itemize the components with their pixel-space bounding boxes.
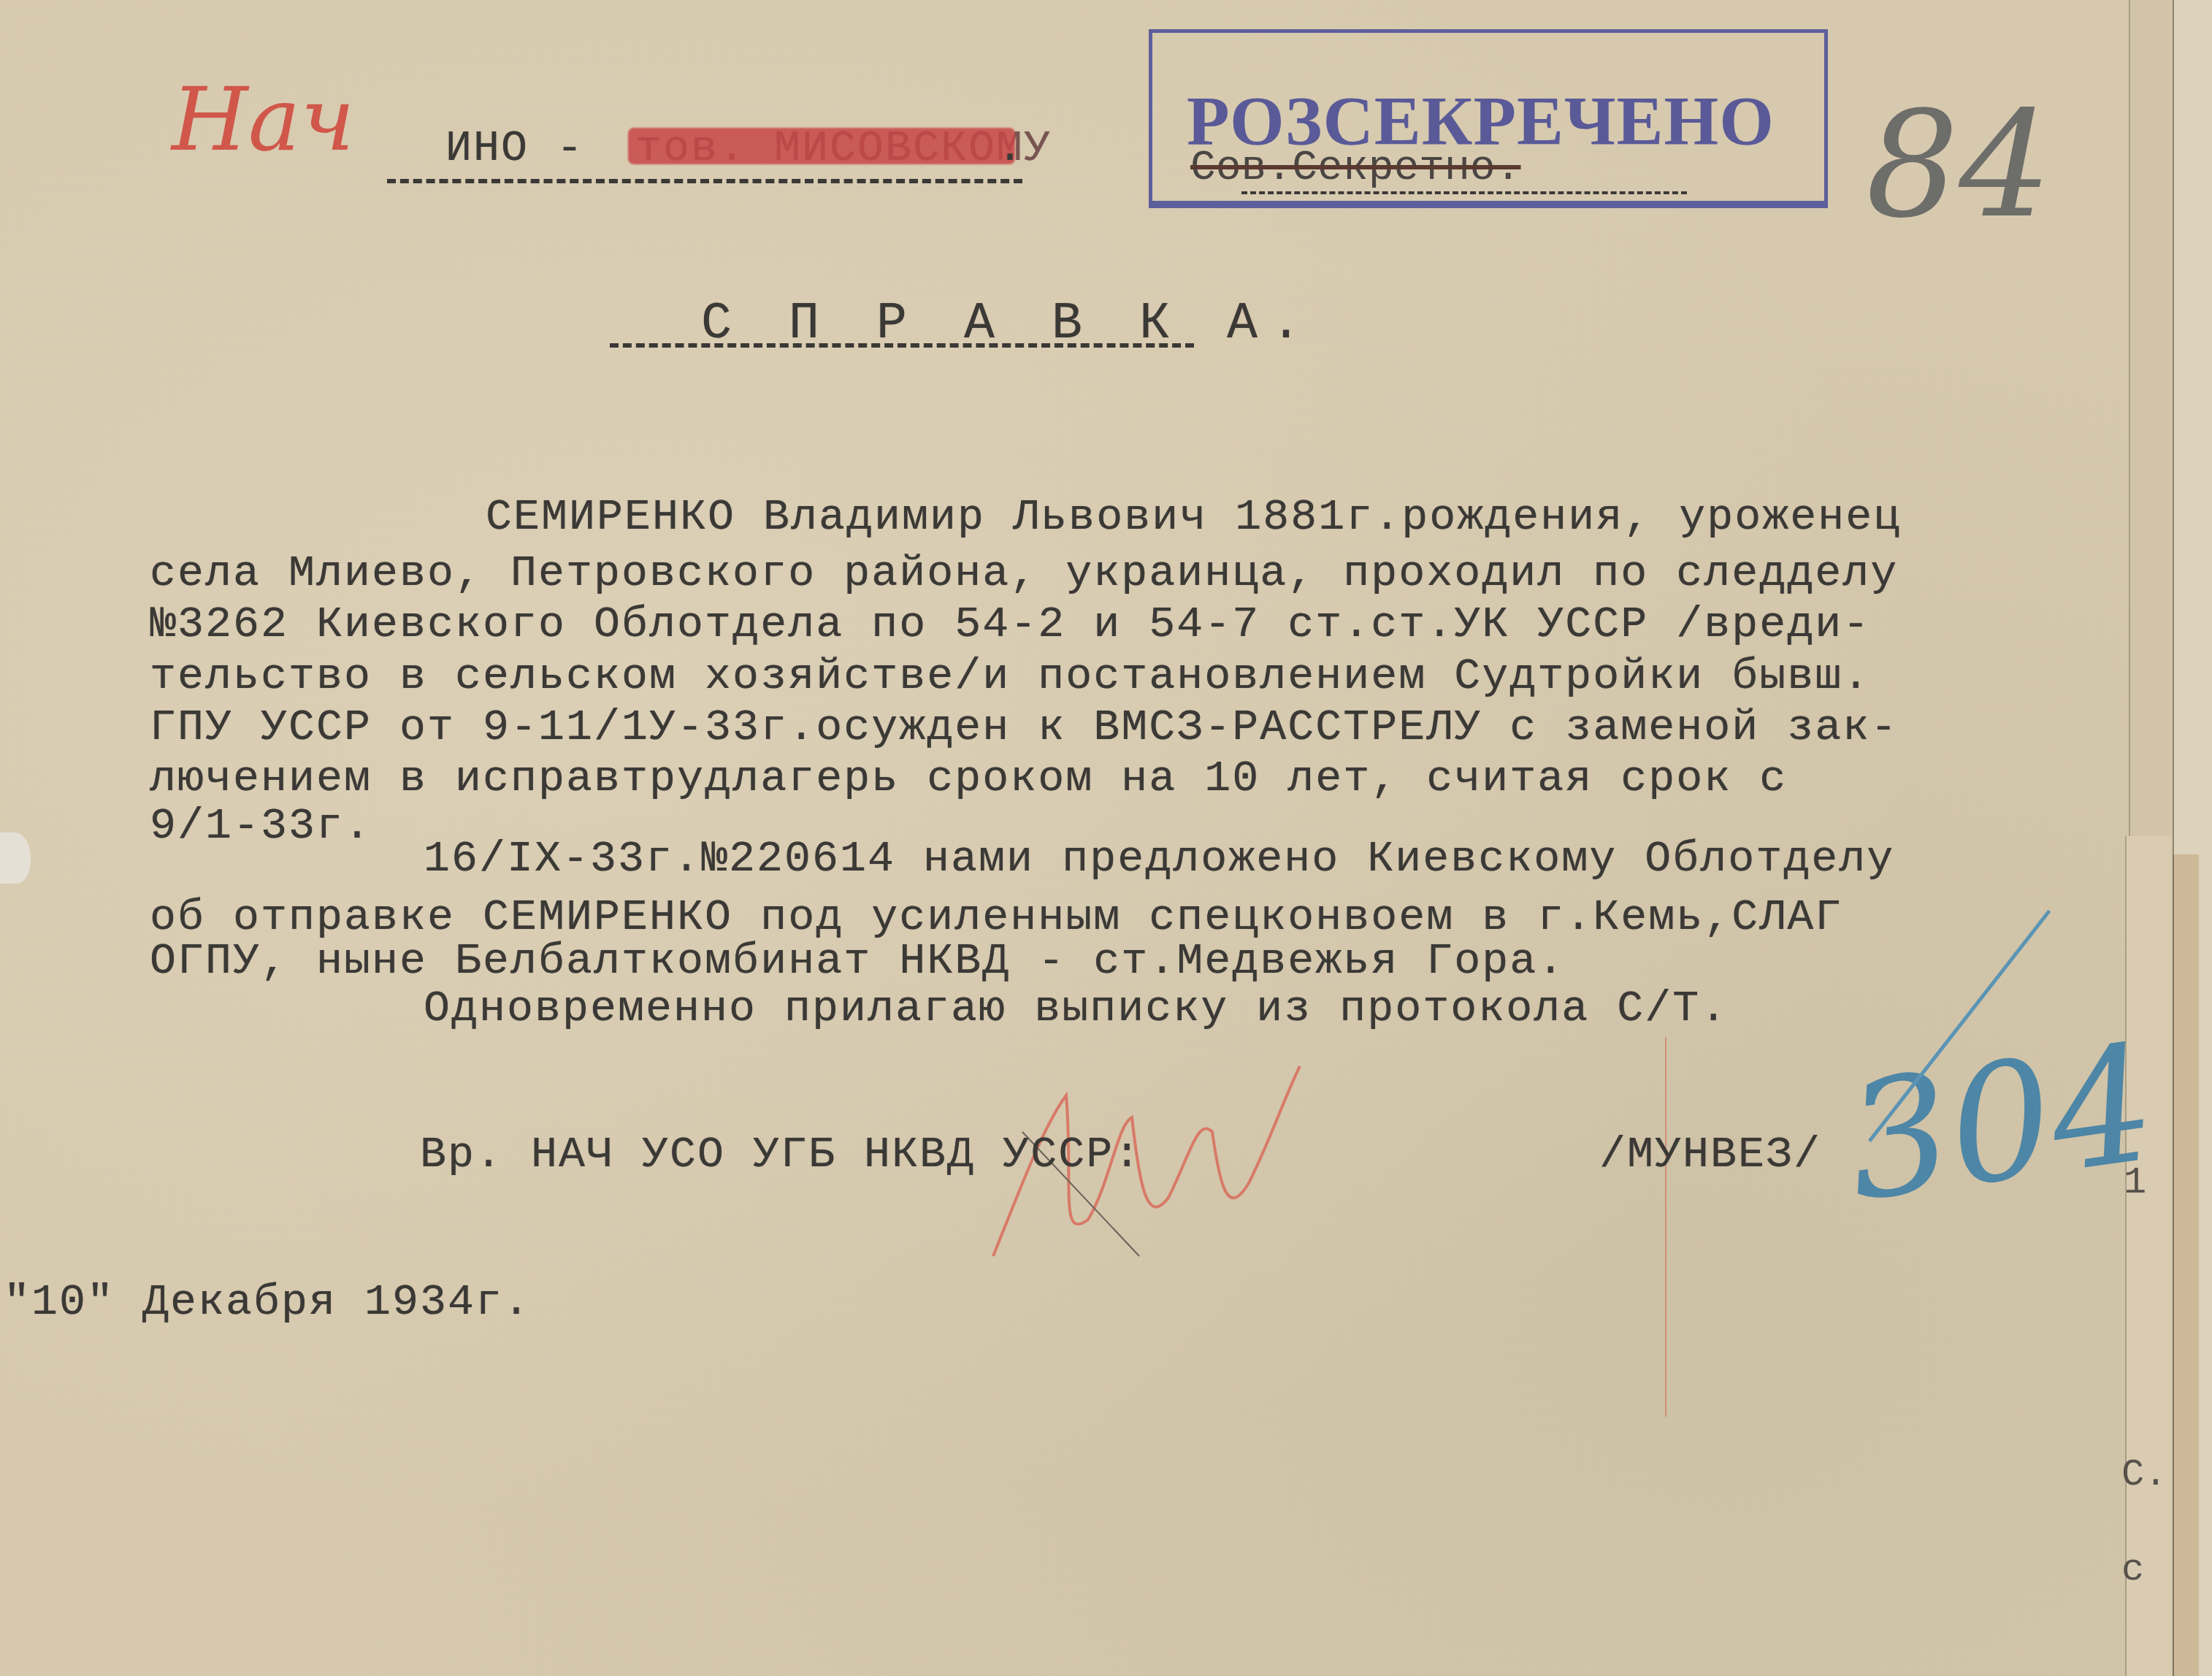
body-line: СЕМИРЕНКО Владимир Львович 1881г.рождени…: [486, 493, 1901, 543]
body-line: лючением в исправтрудлагерь сроком на 10…: [150, 754, 1787, 804]
paper-tear: [0, 833, 31, 884]
red-pencil-line: [1665, 1037, 1666, 1417]
margin-text: С.: [2121, 1453, 2167, 1496]
handwritten-note-red: Нач: [172, 69, 355, 171]
attached-sheet-edge: [2129, 0, 2174, 836]
old-classification: Сов.Секретно.: [1190, 145, 1520, 192]
classification-underline: [1241, 191, 1687, 194]
body-line: села Млиево, Петровского района, украинц…: [150, 549, 1898, 599]
body-line: тельство в сельском хозяйстве/и постанов…: [150, 652, 1870, 702]
body-line: ОГПУ, ныне Белбалткомбинат НКВД - ст.Мед…: [150, 937, 1565, 987]
addressee-underline: [387, 179, 1022, 183]
binding-edge: [2173, 854, 2199, 1676]
addressee-period: .: [997, 124, 1025, 174]
body-line: №3262 Киевского Облотдела по 54-2 и 54-7…: [150, 600, 1870, 650]
body-line: ГПУ УССР от 9-11/1У-33г.осужден к ВМСЗ-Р…: [150, 703, 1898, 753]
body-line: об отправке СЕМИРЕНКО под усиленным спец…: [150, 893, 1842, 943]
body-line: 9/1-33г.: [150, 802, 372, 852]
margin-text: с: [2121, 1548, 2144, 1591]
title-underline: [610, 343, 1194, 348]
margin-text: 1: [2124, 1161, 2146, 1204]
signatory-name: /МУНВЕЗ/: [1599, 1130, 1821, 1180]
addressee: ИНО -: [445, 124, 584, 174]
body-line: Одновременно прилагаю выписку из протоко…: [424, 984, 1728, 1034]
signatory-title: Вр. НАЧ УСО УГБ НКВД УССР:: [420, 1130, 1141, 1180]
redaction-mark: [628, 128, 1015, 164]
page-number-pencil: 84: [1866, 80, 2052, 250]
document-date: "10" Декабря 1934г.: [4, 1278, 531, 1328]
body-line: 16/IX-33г.№220614 нами предложено Киевск…: [424, 835, 1894, 884]
